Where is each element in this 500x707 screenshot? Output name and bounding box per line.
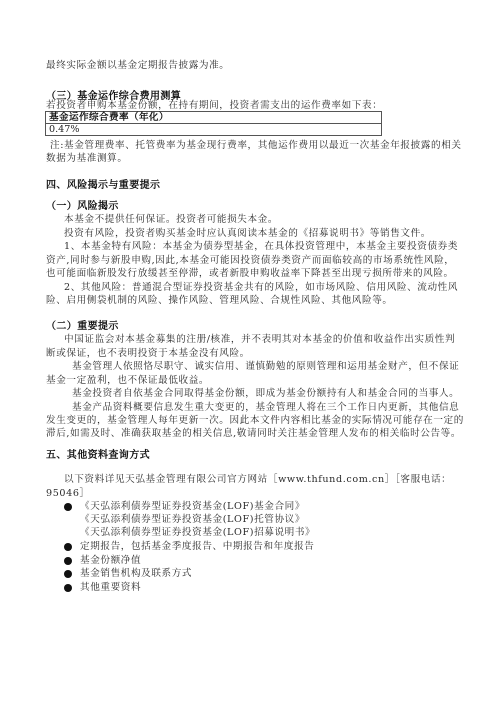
doc-item-custody: 《天弘添利债券型证券投资基金(LOF)托管协议》 <box>80 514 305 526</box>
bullet-icon <box>64 557 72 565</box>
fee-note-line1: 注:基金管理费率、托管费率为基金现行费率，其他运作费用以最近一次基金年报披露的相… <box>50 140 462 152</box>
doc-item-sales-agencies: 基金销售机构及联系方式 <box>80 568 192 580</box>
fee-note-line2: 数据为基准测算。 <box>46 153 128 165</box>
intro-line: 最终实际金额以基金定期报告披露为准。 <box>46 60 230 72</box>
document-page: 最终实际金额以基金定期报告披露为准。 （三）基金运作综合费用测算 若投资者申购本… <box>0 0 500 707</box>
doc-item-other: 其他重要资料 <box>80 582 141 594</box>
section-5-p1-l2: 95046］ <box>46 488 90 500</box>
notice-p1-l1: 中国证监会对本基金募集的注册/核准，并不表明其对本基金的价值和收益作出实质性判 <box>64 334 455 346</box>
bullet-icon <box>64 570 72 578</box>
doc-item-periodic-report: 定期报告，包括基金季度报告、中期报告和年度报告 <box>80 541 314 553</box>
risk-p4-l2: 险、启用侧袋机制的风险、操作风险、管理风险、合规性风险、其他风险等。 <box>46 295 393 307</box>
fee-table: 基金运作综合费率（年化） 0.47% <box>45 111 382 136</box>
risk-p3-l1: 1、本基金特有风险：本基金为债券型基金，在具体投资管理中，本基金主要投资债券类 <box>64 241 458 253</box>
risk-p2: 投资有风险，投资者购买基金时应认真阅读本基金的《招募说明书》等销售文件。 <box>64 228 431 240</box>
notice-p2-l1: 基金管理人依照恪尽职守、诚实信用、谨慎勤勉的原则管理和运用基金财产，但不保证 <box>72 361 459 373</box>
doc-item-prospectus: 《天弘添利债券型证券投资基金(LOF)招募说明书》 <box>80 527 315 539</box>
risk-p3-l2: 资产,同时参与新股申购,因此,本基金可能因投资债券类资产而面临较高的市场系统性风… <box>46 255 455 267</box>
risk-p3-l3: 也可能面临新股发行放缓甚至停滞，或者新股申购收益率下降甚至出现亏损所带来的风险。 <box>46 268 454 280</box>
bullet-icon <box>64 503 72 511</box>
notice-p4-l1: 基金产品资料概要信息发生重大变更的，基金管理人将在三个工作日内更新，其他信息 <box>72 402 459 414</box>
notice-p4-l2: 发生变更的，基金管理人每年更新一次。因此本文件内容相比基金的实际情况可能存在一定… <box>46 415 464 427</box>
section-4-title: 四、风险揭示与重要提示 <box>46 180 160 192</box>
notice-p4-l3: 滞后,如需及时、准确获取基金的相关信息,敬请同时关注基金管理人发布的相关临时公告… <box>46 428 461 440</box>
notice-p2-l2: 基金一定盈利，也不保证最低收益。 <box>46 375 209 387</box>
notice-p1-l2: 断或保证，也不表明投资于本基金没有风险。 <box>46 348 250 360</box>
bullet-icon <box>64 584 72 592</box>
doc-item-nav: 基金份额净值 <box>80 555 141 567</box>
section-5-p1-l1: 以下资料详见天弘基金管理有限公司官方网站［www.thfund.com.cn］［… <box>64 474 451 486</box>
fee-table-header: 基金运作综合费率（年化） <box>46 112 382 124</box>
risk-p4-l1: 2、其他风险：普通混合型证券投资基金共有的风险，如市场风险、信用风险、流动性风 <box>64 282 458 294</box>
notice-title: （二）重要提示 <box>46 321 119 333</box>
bullet-icon <box>64 543 72 551</box>
risk-title: （一）风险揭示 <box>46 201 119 213</box>
doc-item-contract: 《天弘添利债券型证券投资基金(LOF)基金合同》 <box>80 501 305 513</box>
notice-p3: 基金投资者自依基金合同取得基金份额，即成为基金份额持有人和基金合同的当事人。 <box>72 388 459 400</box>
risk-p1: 本基金不提供任何保证。投资者可能损失本金。 <box>64 214 278 226</box>
section-5-title: 五、其他资料查询方式 <box>46 450 150 462</box>
fee-table-value: 0.47% <box>46 124 382 136</box>
